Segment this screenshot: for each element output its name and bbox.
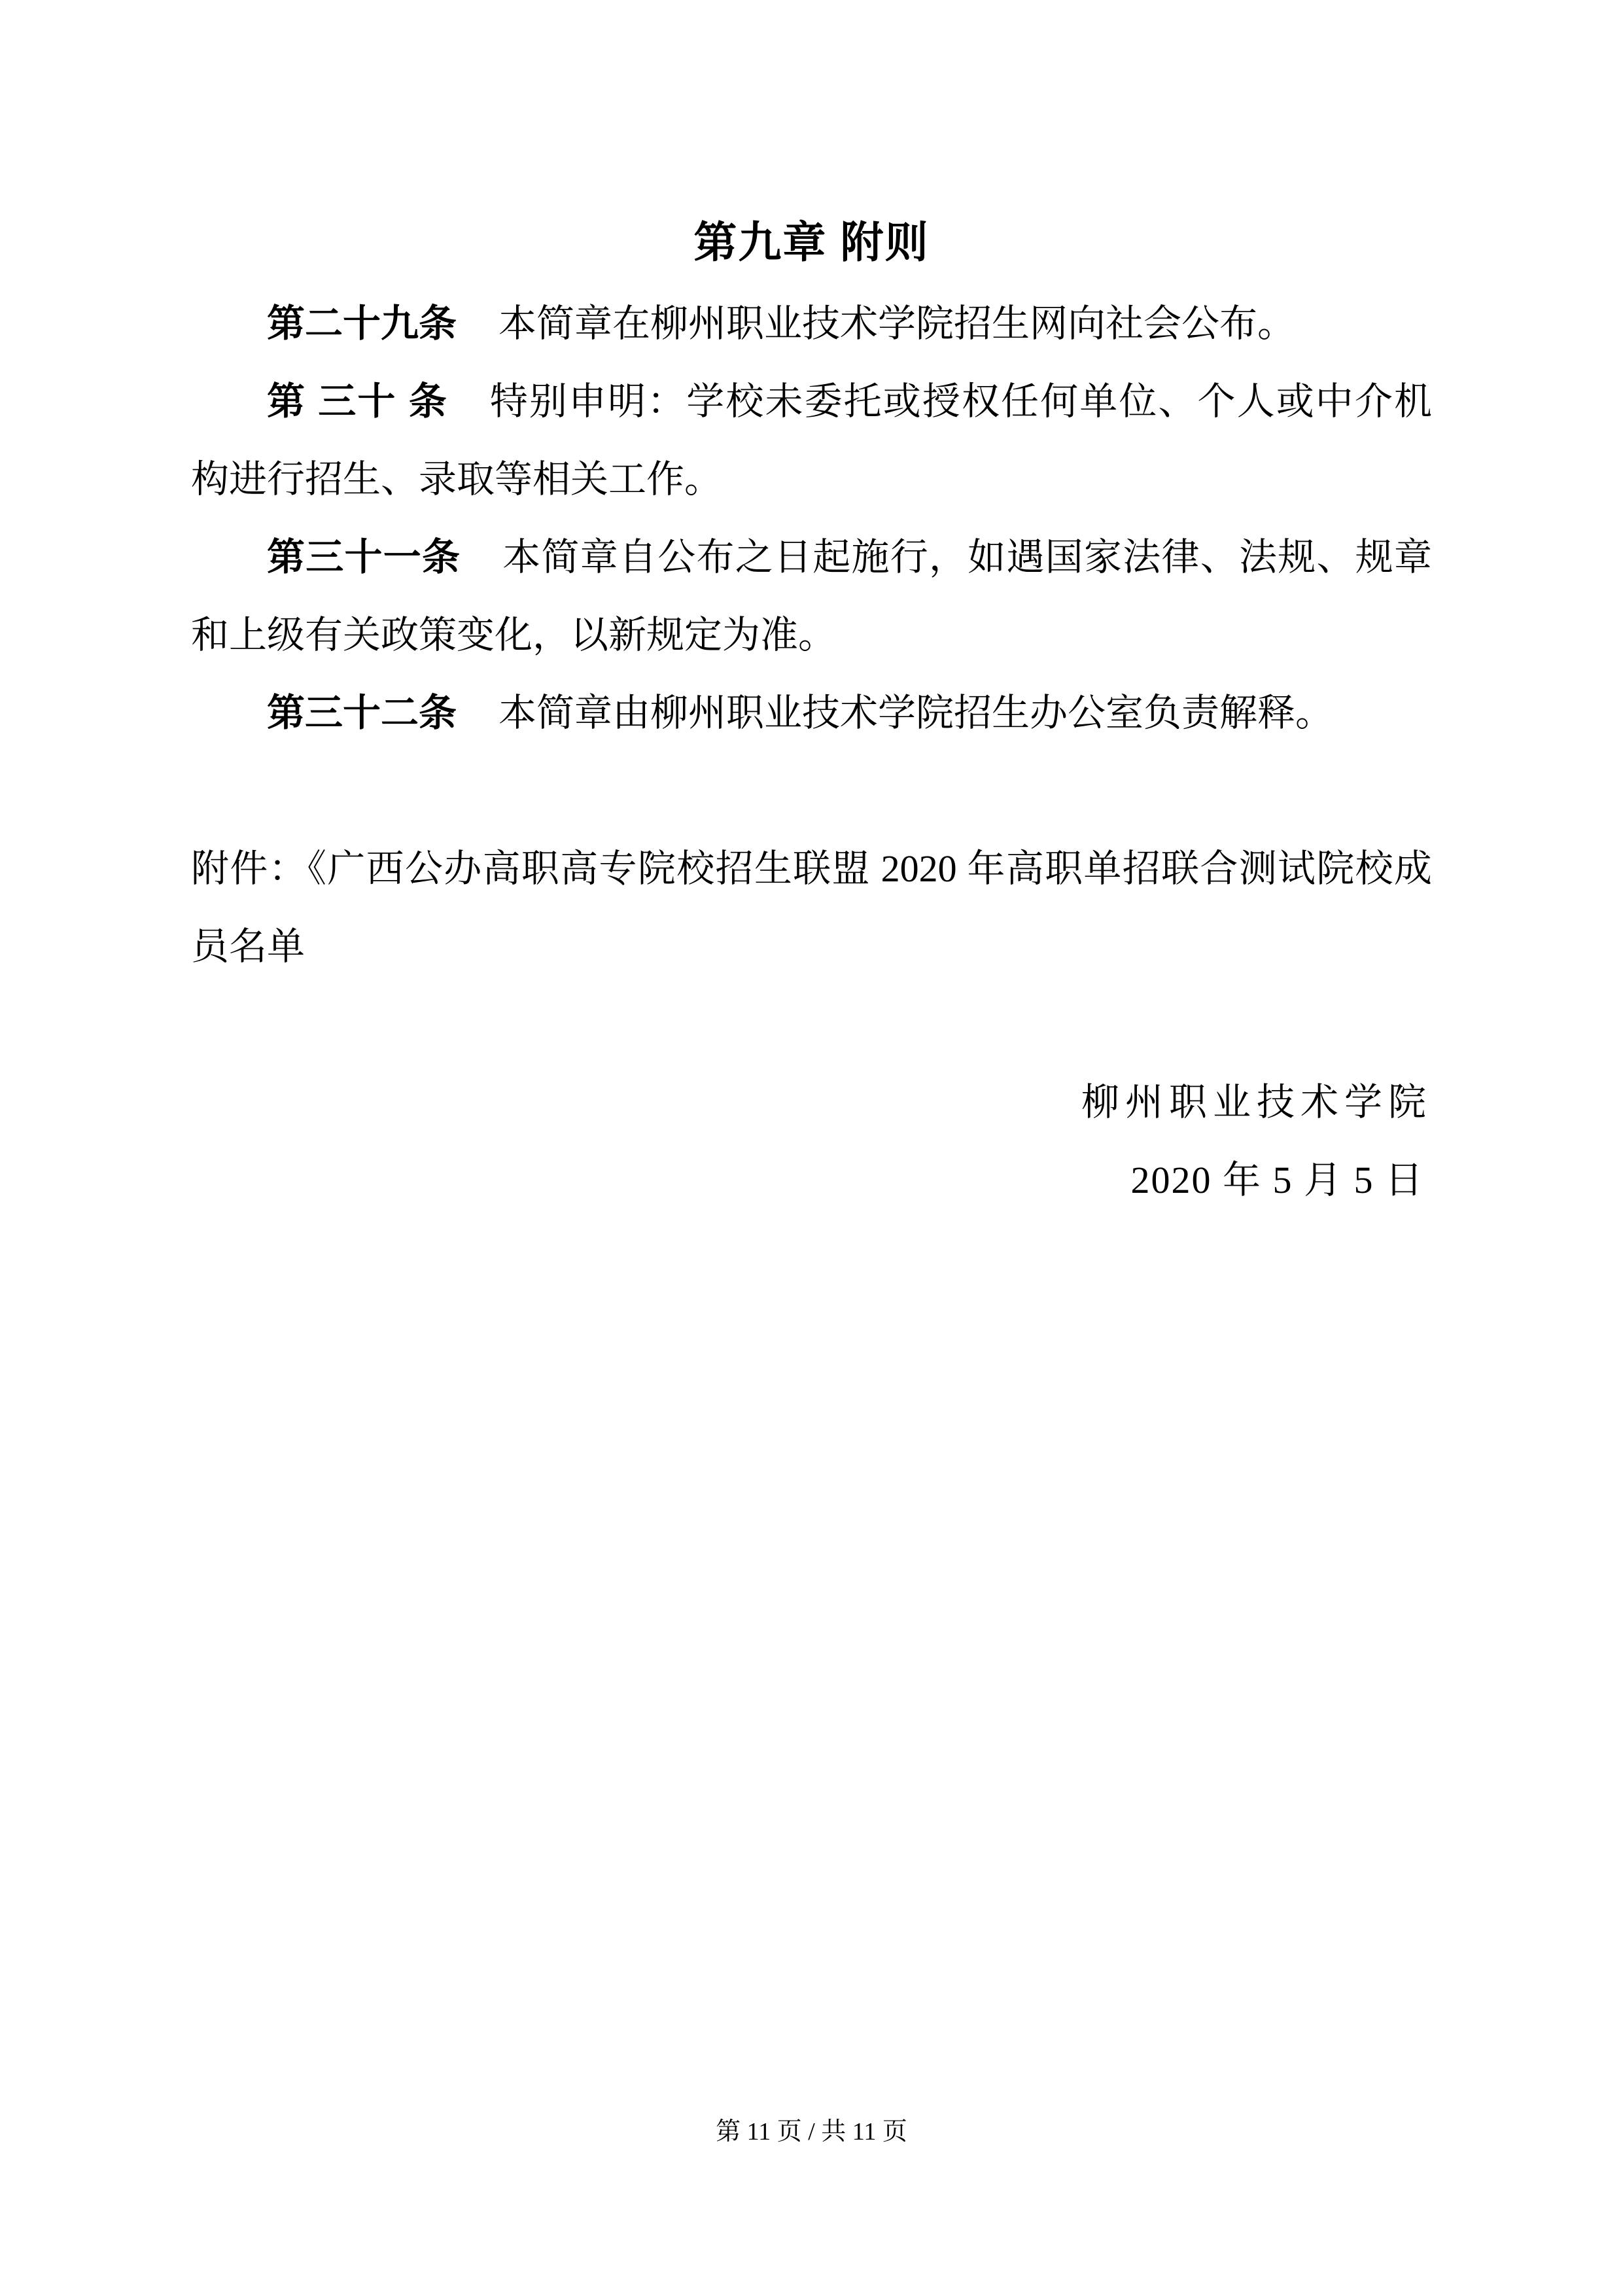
page-number-indicator: 第 11 页 / 共 11 页	[0, 2111, 1623, 2153]
article-30-number: 第 三十 条	[267, 380, 448, 423]
article-31-number: 第三十一条	[267, 536, 461, 578]
article-29-line-1: 第二十九条本简章在柳州职业技术学院招生网向社会公布。	[191, 285, 1432, 362]
document-body: 第九章 附则 第二十九条本简章在柳州职业技术学院招生网向社会公布。 第 三十 条…	[0, 200, 1623, 1219]
attachment-line-1: 附件：《广西公办高职高专院校招生联盟 2020 年高职单招联合测试院校成	[191, 830, 1432, 908]
article-31-text-line-2: 和上级有关政策变化，以新规定为准。	[191, 614, 836, 656]
attachment-line-2: 员名单	[191, 908, 1432, 985]
spacer	[191, 752, 1432, 830]
attachment-text-line-2: 员名单	[191, 925, 305, 968]
attachment-text-line-1: 附件：《广西公办高职高专院校招生联盟 2020 年高职单招联合测试院校成	[191, 847, 1432, 890]
article-30-text-line-1: 特别申明：学校未委托或授权任何单位、个人或中介机	[490, 380, 1432, 423]
document-page: 第九章 附则 第二十九条本简章在柳州职业技术学院招生网向社会公布。 第 三十 条…	[0, 0, 1623, 2296]
article-32-number: 第三十二条	[267, 692, 457, 734]
article-29-text: 本简章在柳州职业技术学院招生网向社会公布。	[498, 302, 1295, 345]
signature-date: 2020 年 5 月 5 日	[191, 1141, 1432, 1219]
article-30-line-1: 第 三十 条特别申明：学校未委托或授权任何单位、个人或中介机	[191, 362, 1432, 440]
chapter-title: 第九章 附则	[191, 200, 1432, 285]
article-32-text: 本简章由柳州职业技术学院招生办公室负责解释。	[498, 692, 1333, 734]
article-31-line-2: 和上级有关政策变化，以新规定为准。	[191, 596, 1432, 674]
article-29-number: 第二十九条	[267, 302, 457, 345]
article-31-text-line-1: 本简章自公布之日起施行，如遇国家法律、法规、规章	[502, 536, 1432, 578]
article-31-line-1: 第三十一条本简章自公布之日起施行，如遇国家法律、法规、规章	[191, 518, 1432, 596]
signature-organization: 柳州职业技术学院	[191, 1063, 1432, 1141]
spacer	[191, 985, 1432, 1063]
article-30-line-2: 构进行招生、录取等相关工作。	[191, 440, 1432, 518]
article-30-text-line-2: 构进行招生、录取等相关工作。	[191, 458, 722, 501]
article-32-line-1: 第三十二条本简章由柳州职业技术学院招生办公室负责解释。	[191, 674, 1432, 752]
